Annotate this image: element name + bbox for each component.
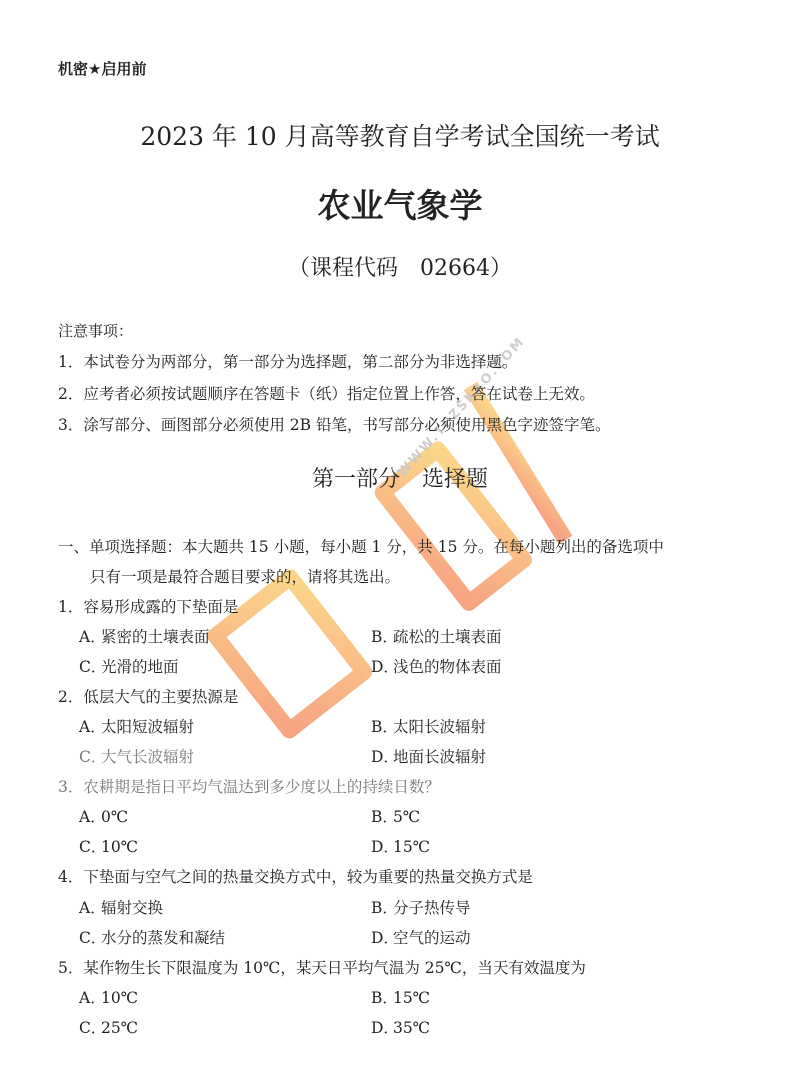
option-b: B．5℃ [371, 805, 420, 827]
question-stem: 3．农耕期是指日平均气温达到多少度以上的持续日数？ [58, 775, 440, 797]
option-c: C．10℃ [79, 835, 138, 857]
exam-title: 2023 年 10 月高等教育自学考试全国统一考试 [0, 117, 800, 153]
option-d: D．15℃ [371, 835, 430, 857]
option-d: D．空气的运动 [371, 926, 471, 948]
option-a: A．10℃ [79, 986, 138, 1008]
notes-heading: 注意事项： [58, 320, 133, 341]
option-d: D．35℃ [371, 1016, 430, 1038]
option-a: A．0℃ [79, 805, 128, 827]
option-b: B．15℃ [371, 986, 430, 1008]
confidential-label: 机密★启用前 [58, 58, 146, 79]
part-title: 第一部分 选择题 [0, 462, 800, 493]
note-item: 2．应考者必须按试题顺序在答题卡（纸）指定位置上作答，答在试卷上无效。 [58, 382, 595, 404]
option-d: D．浅色的物体表面 [371, 655, 502, 677]
option-c: C．25℃ [79, 1016, 138, 1038]
section-instructions: 一、单项选择题：本大题共 15 小题，每小题 1 分，共 15 分。在每小题列出… [58, 535, 664, 557]
section-instructions-cont: 只有一项是最符合题目要求的，请将其选出。 [90, 565, 400, 587]
question-stem: 2．低层大气的主要热源是 [58, 685, 238, 707]
note-item: 3．涂写部分、画图部分必须使用 2B 铅笔，书写部分必须使用黑色字迹签字笔。 [58, 413, 610, 435]
question-stem: 1．容易形成露的下垫面是 [58, 595, 238, 617]
option-a: A．太阳短波辐射 [79, 715, 194, 737]
option-c: C．大气长波辐射 [79, 745, 194, 767]
option-b: B．疏松的土壤表面 [371, 625, 502, 647]
option-b: B．分子热传导 [371, 896, 471, 918]
option-d: D．地面长波辐射 [371, 745, 486, 767]
course-code: （课程代码 02664） [0, 251, 800, 282]
option-c: C．水分的蒸发和凝结 [79, 926, 225, 948]
option-b: B．太阳长波辐射 [371, 715, 486, 737]
option-c: C．光滑的地面 [79, 655, 179, 677]
subject-title: 农业气象学 [0, 180, 800, 227]
note-item: 1．本试卷分为两部分，第一部分为选择题，第二部分为非选择题。 [58, 350, 517, 372]
option-a: A．紧密的土壤表面 [79, 625, 210, 647]
question-stem: 5．某作物生长下限温度为 10℃，某天日平均气温为 25℃，当天有效温度为 [58, 956, 586, 978]
option-a: A．辐射交换 [79, 896, 163, 918]
question-stem: 4．下垫面与空气之间的热量交换方式中，较为重要的热量交换方式是 [58, 865, 533, 887]
